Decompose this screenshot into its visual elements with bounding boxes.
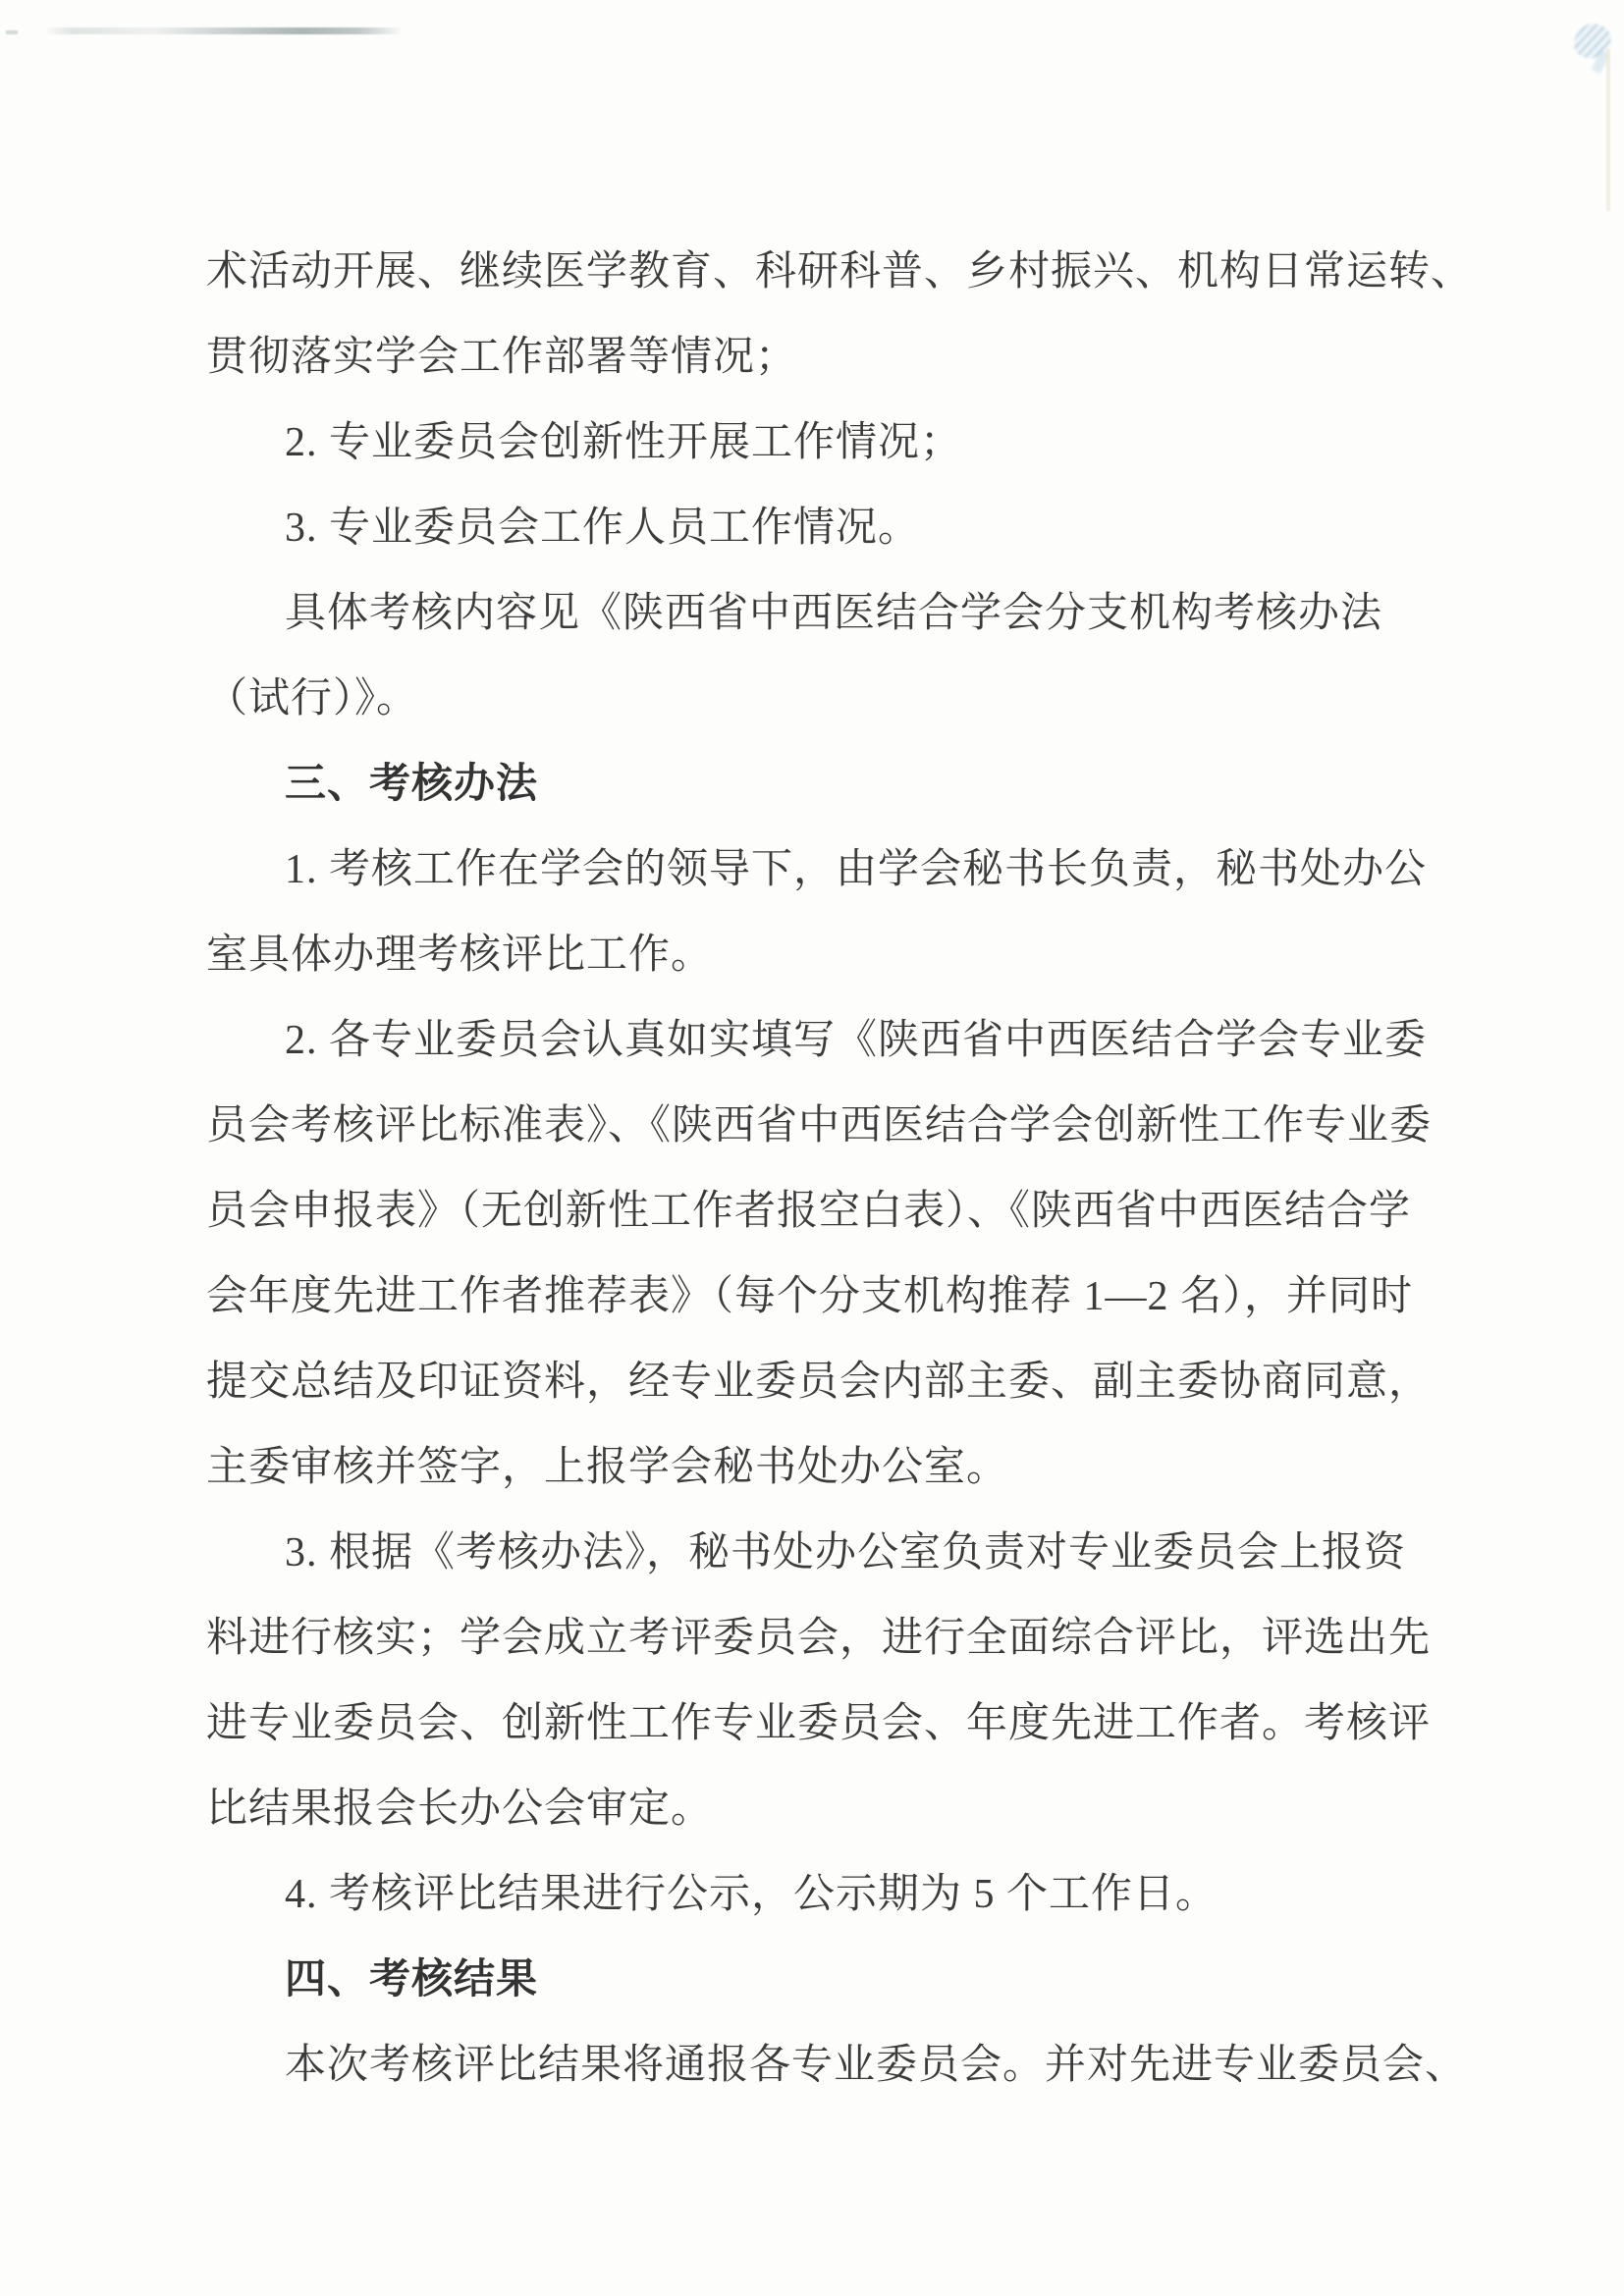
- text-line: 进专业委员会、创新性工作专业委员会、年度先进工作者。考核评: [206, 1682, 1424, 1767]
- text-line: 具体考核内容见《陕西省中西医结合学会分支机构考核办法: [206, 571, 1424, 657]
- text-line: 1. 考核工作在学会的领导下，由学会秘书长负责，秘书处办公: [206, 828, 1424, 913]
- text-line: 员会申报表》（无创新性工作者报空白表）、《陕西省中西医结合学: [206, 1169, 1424, 1255]
- text-line: 提交总结及印证资料，经专业委员会内部主委、副主委协商同意，: [206, 1340, 1424, 1425]
- text-line: 本次考核评比结果将通报各专业委员会。并对先进专业委员会、: [206, 2023, 1424, 2109]
- text-line: 3. 根据《考核办法》，秘书处办公室负责对专业委员会上报资: [206, 1511, 1424, 1596]
- section-heading-4: 四、考核结果: [206, 1938, 1424, 2023]
- scanned-document-page: 术活动开展、继续医学教育、科研科普、乡村振兴、机构日常运转、 贯彻落实学会工作部…: [0, 0, 1624, 2296]
- scan-streak-artifact: [44, 27, 403, 34]
- text-line: 室具体办理考核评比工作。: [206, 913, 1424, 998]
- document-text-block: 术活动开展、继续医学教育、科研科普、乡村振兴、机构日常运转、 贯彻落实学会工作部…: [206, 230, 1424, 2109]
- text-line: 术活动开展、继续医学教育、科研科普、乡村振兴、机构日常运转、: [206, 230, 1424, 315]
- page-edge-line-artifact: [1606, 49, 1610, 211]
- text-line: 2. 各专业委员会认真如实填写《陕西省中西医结合学会专业委: [206, 998, 1424, 1084]
- text-line: 3. 专业委员会工作人员工作情况。: [206, 486, 1424, 571]
- text-line: 4. 考核评比结果进行公示，公示期为 5 个工作日。: [206, 1852, 1424, 1938]
- text-line: 主委审核并签字，上报学会秘书处办公室。: [206, 1425, 1424, 1511]
- section-heading-3: 三、考核办法: [206, 742, 1424, 828]
- text-line: 贯彻落实学会工作部署等情况；: [206, 315, 1424, 400]
- text-line: 料进行核实；学会成立考评委员会，进行全面综合评比，评选出先: [206, 1596, 1424, 1682]
- scan-dot-artifact: [6, 30, 18, 34]
- text-line: （试行）》。: [206, 657, 1424, 742]
- text-line: 2. 专业委员会创新性开展工作情况；: [206, 400, 1424, 486]
- text-line: 员会考核评比标准表》、《陕西省中西医结合学会创新性工作专业委: [206, 1084, 1424, 1169]
- text-line: 会年度先进工作者推荐表》（每个分支机构推荐 1—2 名），并同时: [206, 1255, 1424, 1340]
- text-line: 比结果报会长办公会审定。: [206, 1767, 1424, 1852]
